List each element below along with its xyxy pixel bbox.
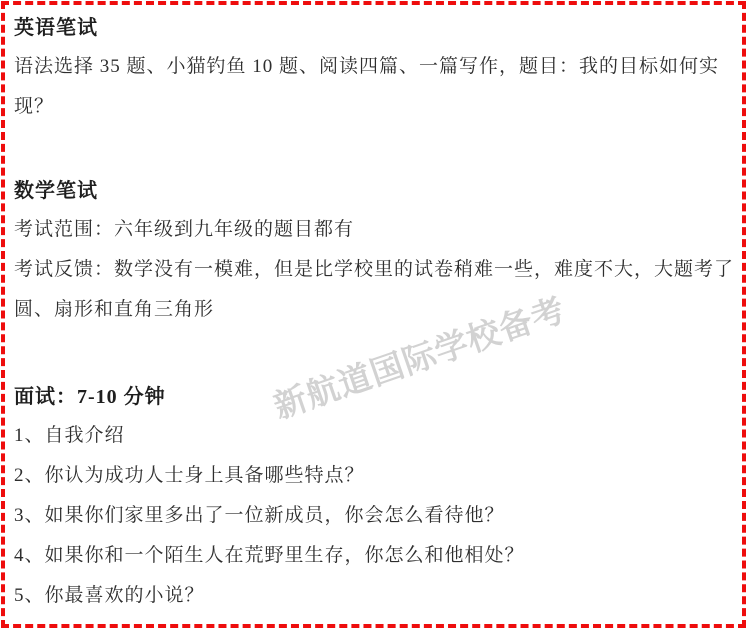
section-math-written-test: 数学笔试 考试范围：六年级到九年级的题目都有 考试反馈：数学没有一模难，但是比学…	[14, 172, 738, 330]
interview-question-5: 5、你最喜欢的小说？	[14, 576, 738, 616]
interview-question-2: 2、你认为成功人士身上具备哪些特点？	[14, 456, 738, 496]
interview-question-1: 1、自我介绍	[14, 416, 738, 456]
document-content: 英语笔试 语法选择 35 题、小猫钓鱼 10 题、阅读四篇、一篇写作，题目：我的…	[0, 0, 750, 616]
section-english-written-test: 英语笔试 语法选择 35 题、小猫钓鱼 10 题、阅读四篇、一篇写作，题目：我的…	[14, 9, 738, 127]
interview-question-3: 3、如果你们家里多出了一位新成员，你会怎么看待他？	[14, 496, 738, 536]
interview-question-4: 4、如果你和一个陌生人在荒野里生存，你怎么和他相处？	[14, 536, 738, 576]
section-interview: 面试：7-10 分钟 1、自我介绍 2、你认为成功人士身上具备哪些特点？ 3、如…	[14, 378, 738, 616]
interview-heading: 面试：7-10 分钟	[14, 378, 738, 416]
math-written-test-heading: 数学笔试	[14, 172, 738, 210]
english-written-test-heading: 英语笔试	[14, 9, 738, 47]
english-test-description: 语法选择 35 题、小猫钓鱼 10 题、阅读四篇、一篇写作，题目：我的目标如何实…	[14, 47, 738, 127]
math-test-feedback: 考试反馈：数学没有一模难，但是比学校里的试卷稍难一些，难度不大，大题考了圆、扇形…	[14, 250, 738, 330]
exam-notes-document: 新航道国际学校备考 英语笔试 语法选择 35 题、小猫钓鱼 10 题、阅读四篇、…	[0, 0, 750, 633]
math-test-scope: 考试范围：六年级到九年级的题目都有	[14, 210, 738, 250]
